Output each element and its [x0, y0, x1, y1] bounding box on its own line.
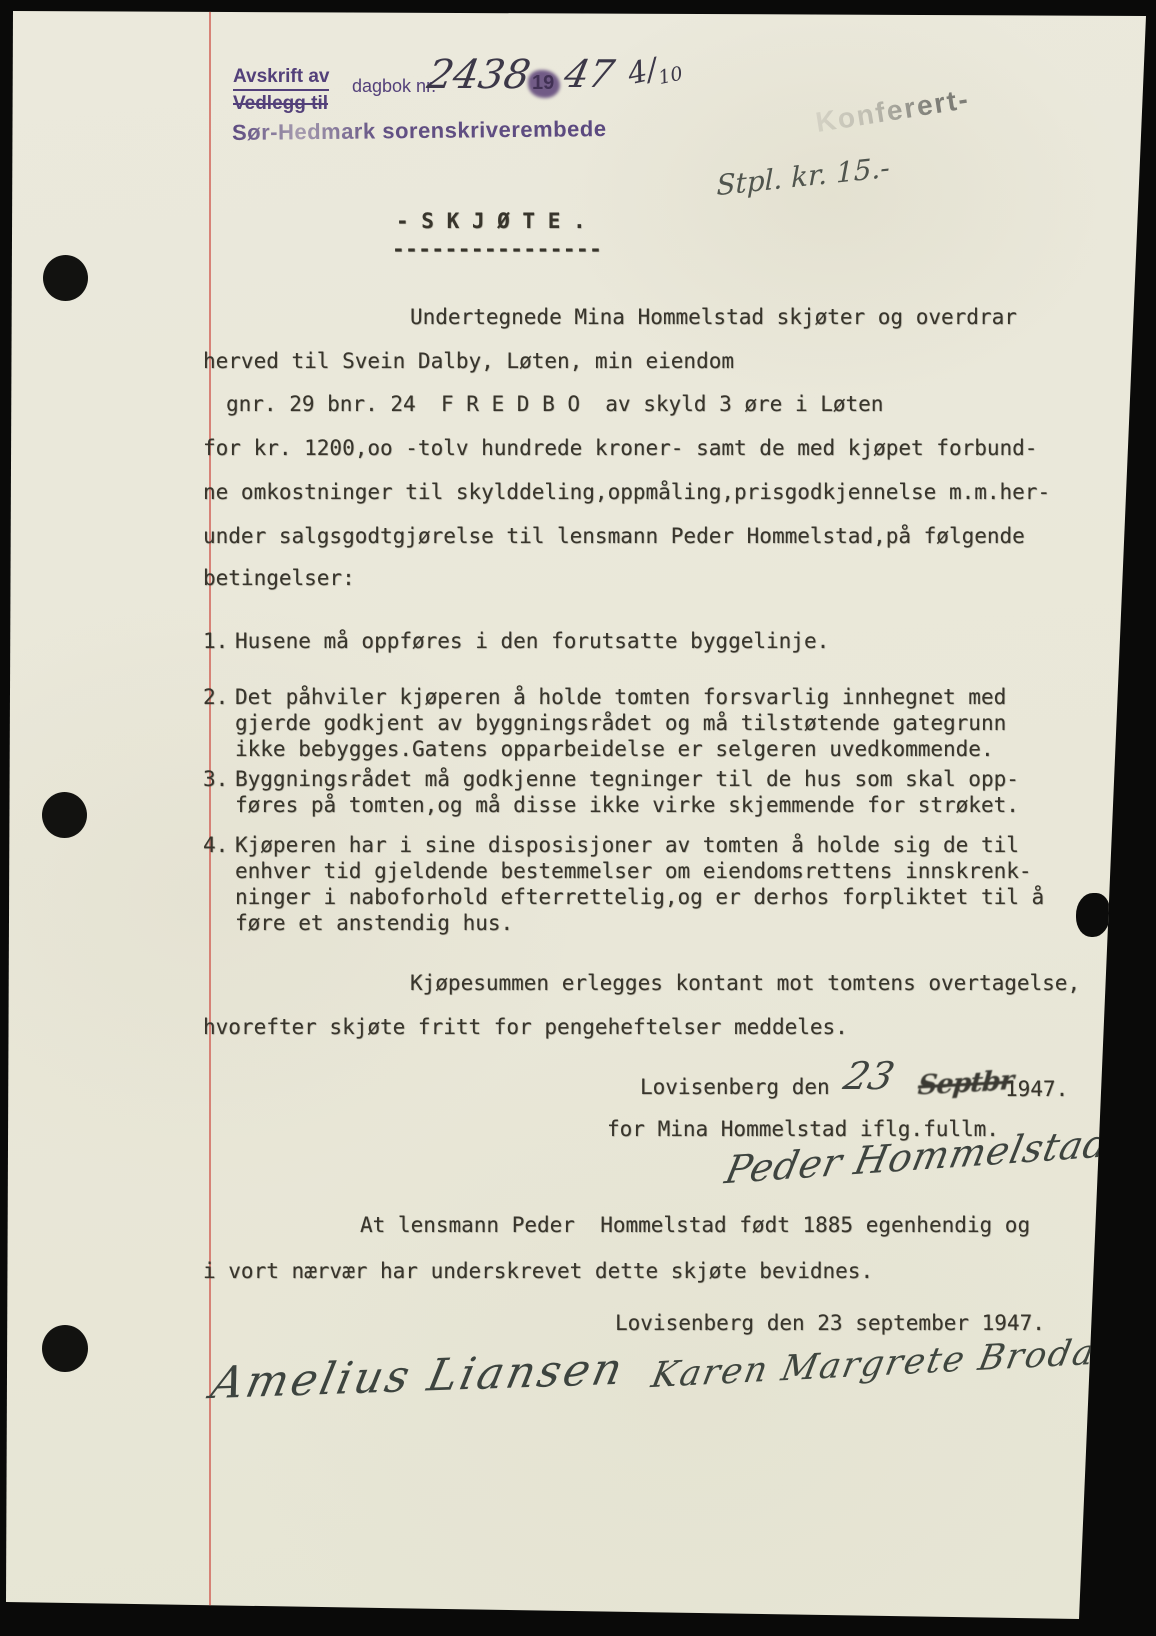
- condition-2-line-2: gjerde godkjent av byggningsrådet og må …: [235, 712, 1006, 736]
- condition-3-line-1: Byggningsrådet må godkjenne tegninger ti…: [235, 768, 1019, 792]
- dagbok-number-handwritten: 2438: [424, 52, 534, 98]
- condition-3-line-2: føres på tomten,og må disse ikke virke s…: [235, 794, 1019, 818]
- date-fraction-handwritten: 4/10: [625, 47, 685, 95]
- condition-4-number: 4.: [203, 834, 228, 856]
- stamp-fee-note-handwritten: Stpl. kr. 15.-: [716, 151, 889, 202]
- avskrift-stamp-line1: Avskrift av: [233, 66, 329, 91]
- condition-1-number: 1.: [203, 630, 228, 652]
- condition-4-line-4: føre et anstendig hus.: [235, 912, 1044, 936]
- dateline-place: Lovisenberg den: [640, 1076, 830, 1098]
- intro-line-3: gnr. 29 bnr. 24 F R E D B O av skyld 3 ø…: [226, 393, 883, 415]
- condition-2-number: 2.: [203, 686, 228, 708]
- witness2-signature: Karen Margrete Brodal: [648, 1332, 1113, 1396]
- attestation-line-1: At lensmann Peder Hommelstad født 1885 e…: [360, 1214, 1030, 1236]
- condition-2-line-1: Det påhviler kjøperen å holde tomten for…: [235, 686, 1006, 710]
- document-page: Avskrift av Vedlegg til dagbok nr. 2438 …: [0, 0, 1156, 1636]
- dagbok-label: dagbok nr.: [352, 76, 436, 97]
- condition-3-number: 3.: [203, 768, 228, 790]
- fraction-denominator: 10: [657, 63, 685, 90]
- intro-line-4: for kr. 1200,oo -tolv hundrede kroner- s…: [203, 437, 1037, 459]
- punch-hole-middle: [42, 792, 87, 838]
- intro-line-7: betingelser:: [203, 567, 355, 589]
- attestation-line-2: i vort nærvær har underskrevet dette skj…: [203, 1260, 873, 1282]
- punch-hole-bottom: [42, 1325, 88, 1372]
- dateline-year: 1947.: [1005, 1078, 1068, 1100]
- document-title: - S K J Ø T E .: [396, 210, 586, 232]
- condition-4-line-3: ninger i naboforhold efterrettelig,og er…: [235, 886, 1044, 910]
- condition-1-line-1: Husene må oppføres i den forutsatte bygg…: [235, 630, 829, 654]
- closing-line-1: Kjøpesummen erlegges kontant mot tomtens…: [410, 972, 1080, 994]
- condition-2-line-3: ikke bebygges.Gatens opparbeidelse er se…: [235, 738, 1006, 762]
- konferert-stamp: Konferert-: [813, 83, 971, 139]
- scanned-document: { "colors": { "paper": "#eae8da", "typed…: [0, 0, 1156, 1636]
- intro-line-1: Undertegnede Mina Hommelstad skjøter og …: [410, 306, 1017, 328]
- witness1-signature: Amelius Liansen: [207, 1343, 630, 1409]
- condition-4-line-1: Kjøperen har i sine disposisjoner av tom…: [235, 834, 1044, 858]
- intro-line-6: under salgsgodtgjørelse til lensmann Ped…: [203, 525, 1025, 547]
- dateline-month-scribble: Septbr: [917, 1065, 1015, 1101]
- closing-line-2: hvorefter skjøte fritt for pengeheftelse…: [203, 1016, 848, 1038]
- office-stamp: Sør-Hedmark sorenskriverembede: [232, 116, 607, 146]
- intro-line-5: ne omkostninger til skylddeling,oppmålin…: [203, 481, 1050, 503]
- title-underline-rule: ----------------: [392, 238, 602, 260]
- condition-4-line-2: enhver tid gjeldende bestemmelser om eie…: [235, 860, 1044, 884]
- punch-hole-top: [43, 255, 88, 301]
- dateline-day-handwritten: 23: [840, 1054, 899, 1098]
- intro-line-2: herved til Svein Dalby, Løten, min eiend…: [203, 350, 734, 372]
- attestation-dateline: Lovisenberg den 23 september 1947.: [615, 1312, 1045, 1334]
- vedlegg-stamp-line2: Vedlegg til: [233, 93, 328, 115]
- year-handwritten: 47: [560, 52, 618, 96]
- year-stamp-digits: 19: [532, 72, 554, 95]
- scan-edge-tear-mark: [1076, 893, 1110, 937]
